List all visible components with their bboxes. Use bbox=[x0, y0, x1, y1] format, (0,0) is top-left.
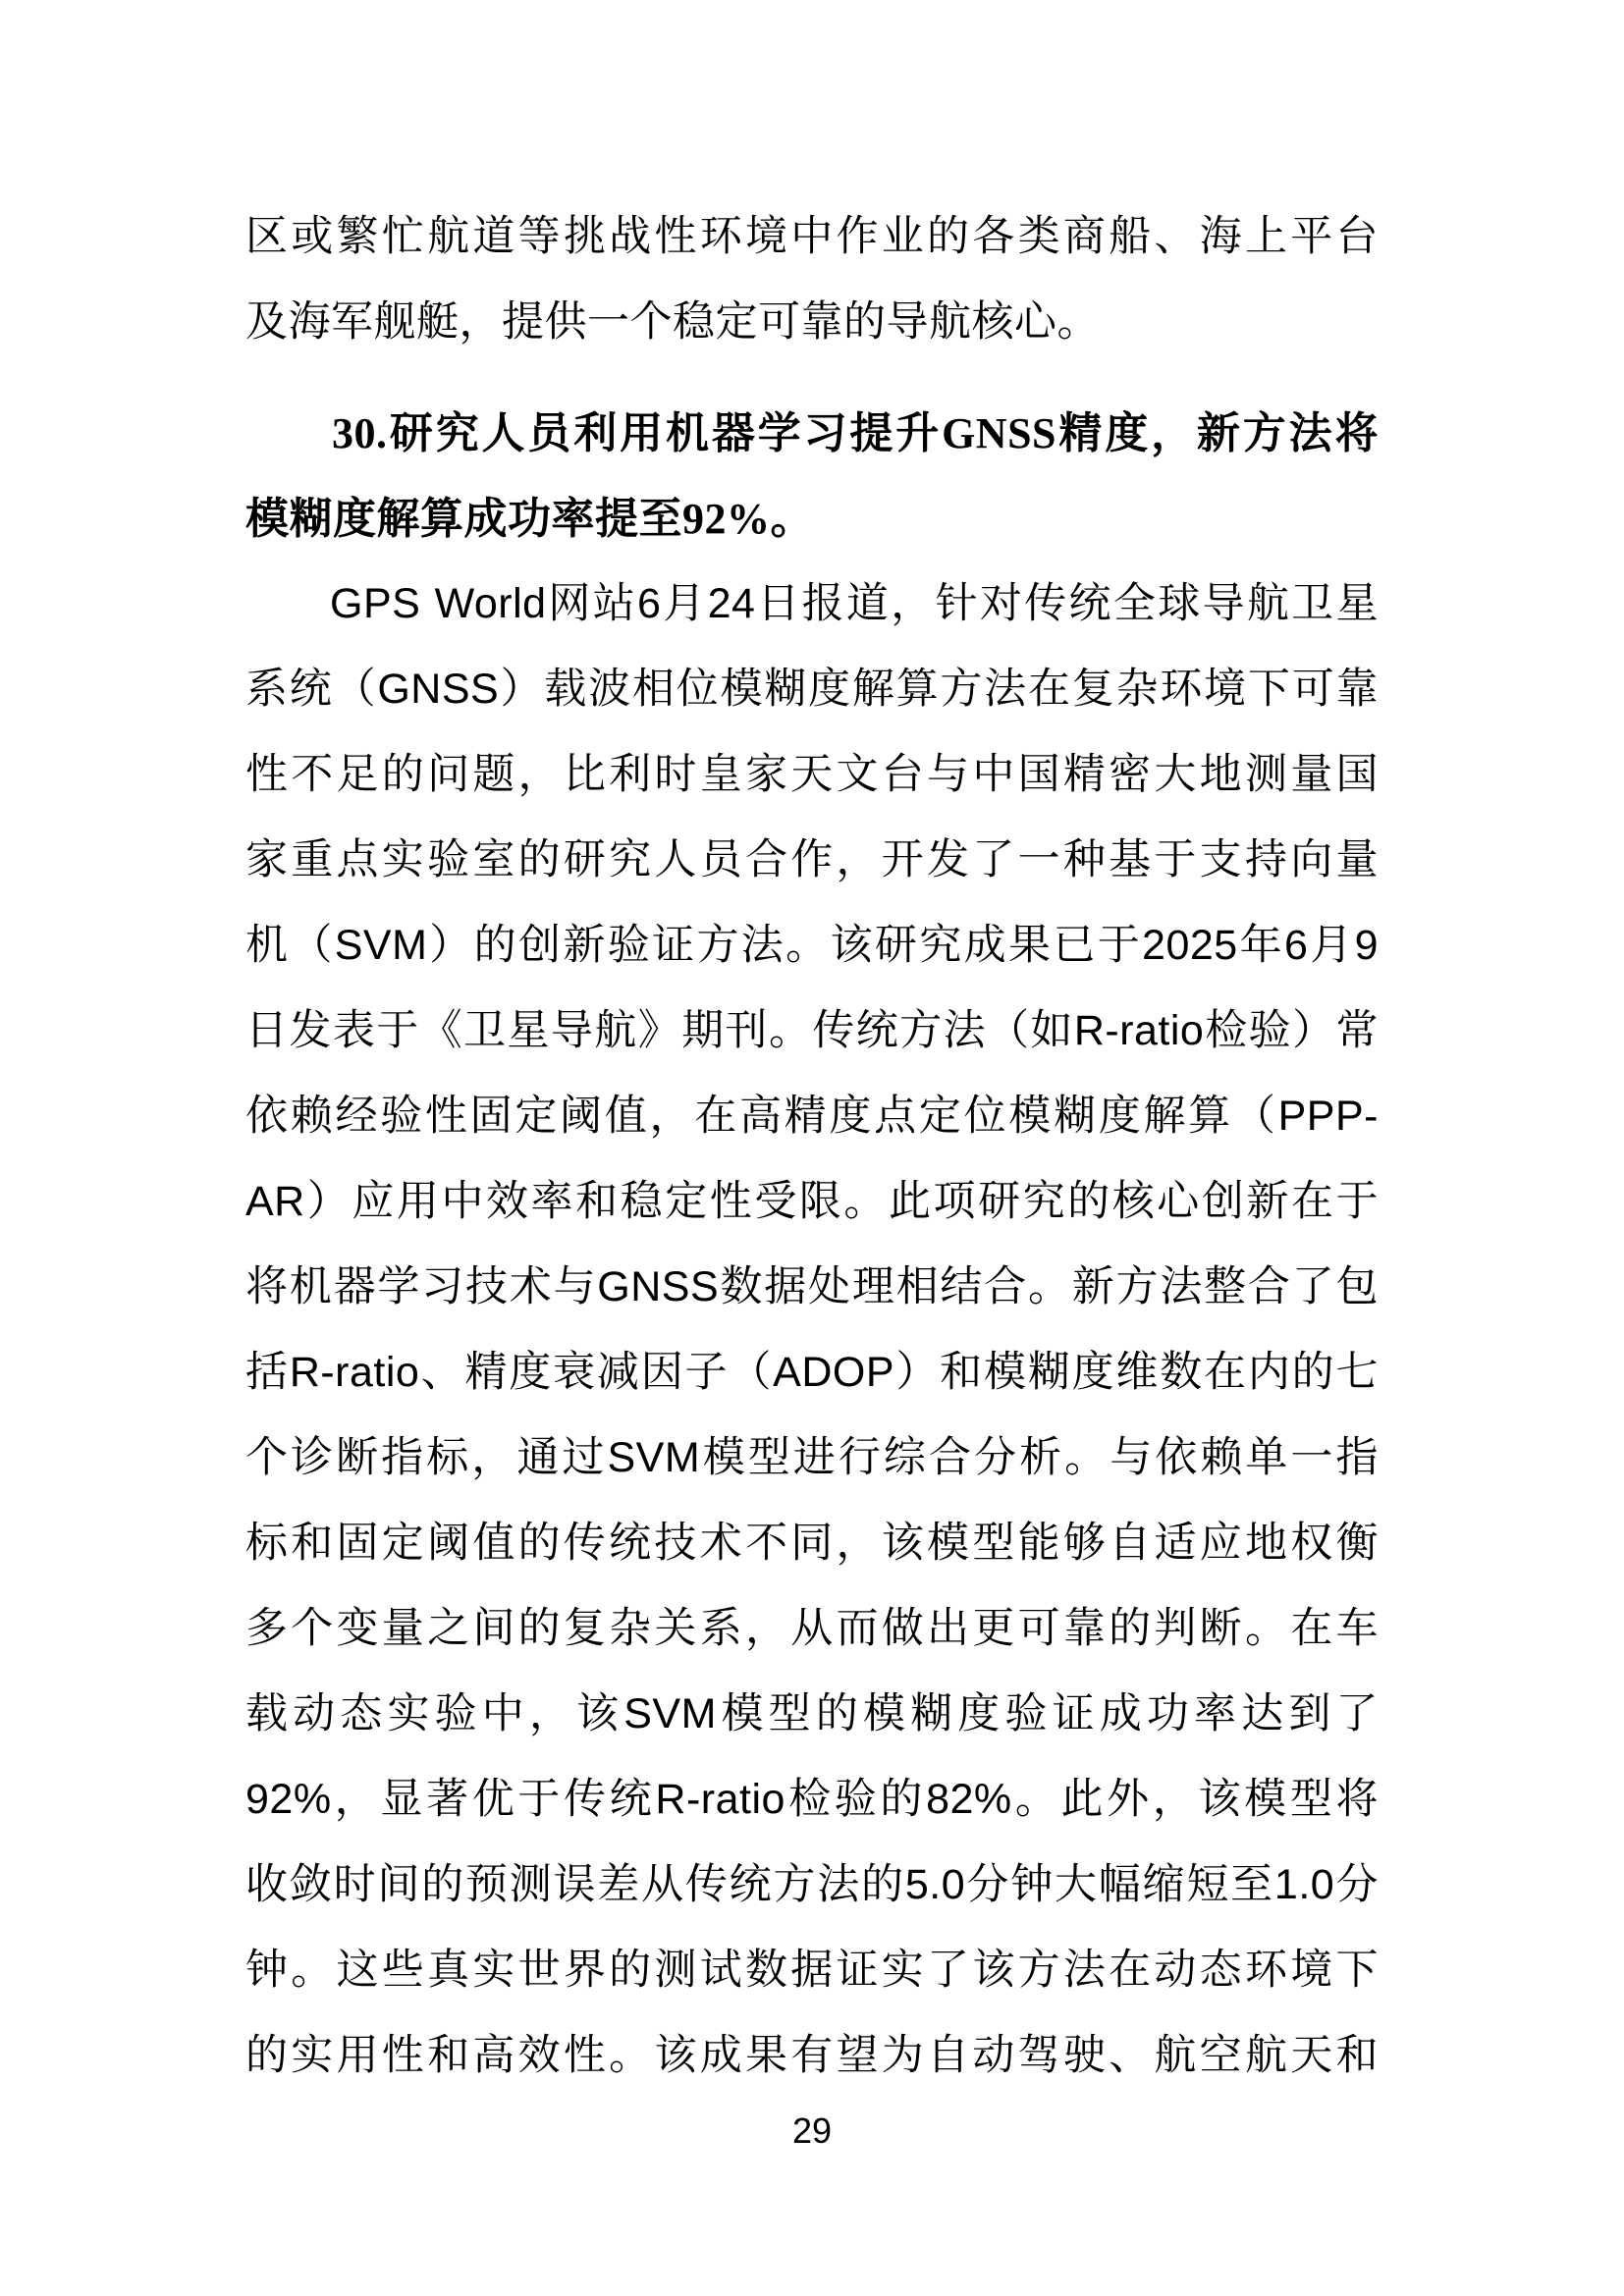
text-line: 的实用性和高效性。该成果有望为自动驾驶、航空航天和 bbox=[245, 2013, 1379, 2099]
text-line: 载动态实验中，该SVM模型的模糊度验证成功率达到了 bbox=[245, 1672, 1379, 1757]
text-line: 依赖经验性固定阈值，在高精度点定位模糊度解算（PPP- bbox=[245, 1074, 1379, 1159]
paragraph-continuation: 区或繁忙航道等挑战性环境中作业的各类商船、海上平台及海军舰艇，提供一个稳定可靠的… bbox=[245, 194, 1379, 365]
text-line: 将机器学习技术与GNSS数据处理相结合。新方法整合了包 bbox=[245, 1245, 1379, 1330]
text-line: 括R-ratio、精度衰减因子（ADOP）和模糊度维数在内的七 bbox=[245, 1330, 1379, 1415]
text-line: 性不足的问题，比利时皇家天文台与中国精密大地测量国 bbox=[245, 732, 1379, 818]
paragraph-body: GPS World网站6月24日报道，针对传统全球导航卫星系统（GNSS）载波相… bbox=[245, 561, 1379, 2099]
text-line: 机（SVM）的创新验证方法。该研究成果已于2025年6月9 bbox=[245, 903, 1379, 988]
text-line: AR）应用中效率和稳定性受限。此项研究的核心创新在于 bbox=[245, 1159, 1379, 1245]
document-page: 区或繁忙航道等挑战性环境中作业的各类商船、海上平台及海军舰艇，提供一个稳定可靠的… bbox=[0, 0, 1624, 2296]
text-line: 多个变量之间的复杂关系，从而做出更可靠的判断。在车 bbox=[245, 1586, 1379, 1672]
text-line: 模糊度解算成功率提至92%。 bbox=[245, 476, 1379, 561]
text-line: 区或繁忙航道等挑战性环境中作业的各类商船、海上平台 bbox=[245, 194, 1379, 280]
page-content: 区或繁忙航道等挑战性环境中作业的各类商船、海上平台及海军舰艇，提供一个稳定可靠的… bbox=[245, 194, 1379, 2099]
page-number: 29 bbox=[0, 2110, 1624, 2152]
text-line: 系统（GNSS）载波相位模糊度解算方法在复杂环境下可靠 bbox=[245, 647, 1379, 732]
text-line: 家重点实验室的研究人员合作，开发了一种基于支持向量 bbox=[245, 818, 1379, 903]
text-line: 钟。这些真实世界的测试数据证实了该方法在动态环境下 bbox=[245, 1928, 1379, 2013]
text-line: 标和固定阈值的传统技术不同，该模型能够自适应地权衡 bbox=[245, 1501, 1379, 1586]
text-line: GPS World网站6月24日报道，针对传统全球导航卫星 bbox=[245, 561, 1379, 647]
text-line: 日发表于《卫星导航》期刊。传统方法（如R-ratio检验）常 bbox=[245, 988, 1379, 1074]
text-line: 92%，显著优于传统R-ratio检验的82%。此外，该模型将 bbox=[245, 1757, 1379, 1842]
text-line: 30.研究人员利用机器学习提升GNSS精度，新方法将 bbox=[245, 391, 1379, 476]
text-line: 收敛时间的预测误差从传统方法的5.0分钟大幅缩短至1.0分 bbox=[245, 1842, 1379, 1928]
text-line: 及海军舰艇，提供一个稳定可靠的导航核心。 bbox=[245, 280, 1379, 365]
text-line: 个诊断指标，通过SVM模型进行综合分析。与依赖单一指 bbox=[245, 1415, 1379, 1501]
section-heading: 30.研究人员利用机器学习提升GNSS精度，新方法将模糊度解算成功率提至92%。 bbox=[245, 391, 1379, 561]
